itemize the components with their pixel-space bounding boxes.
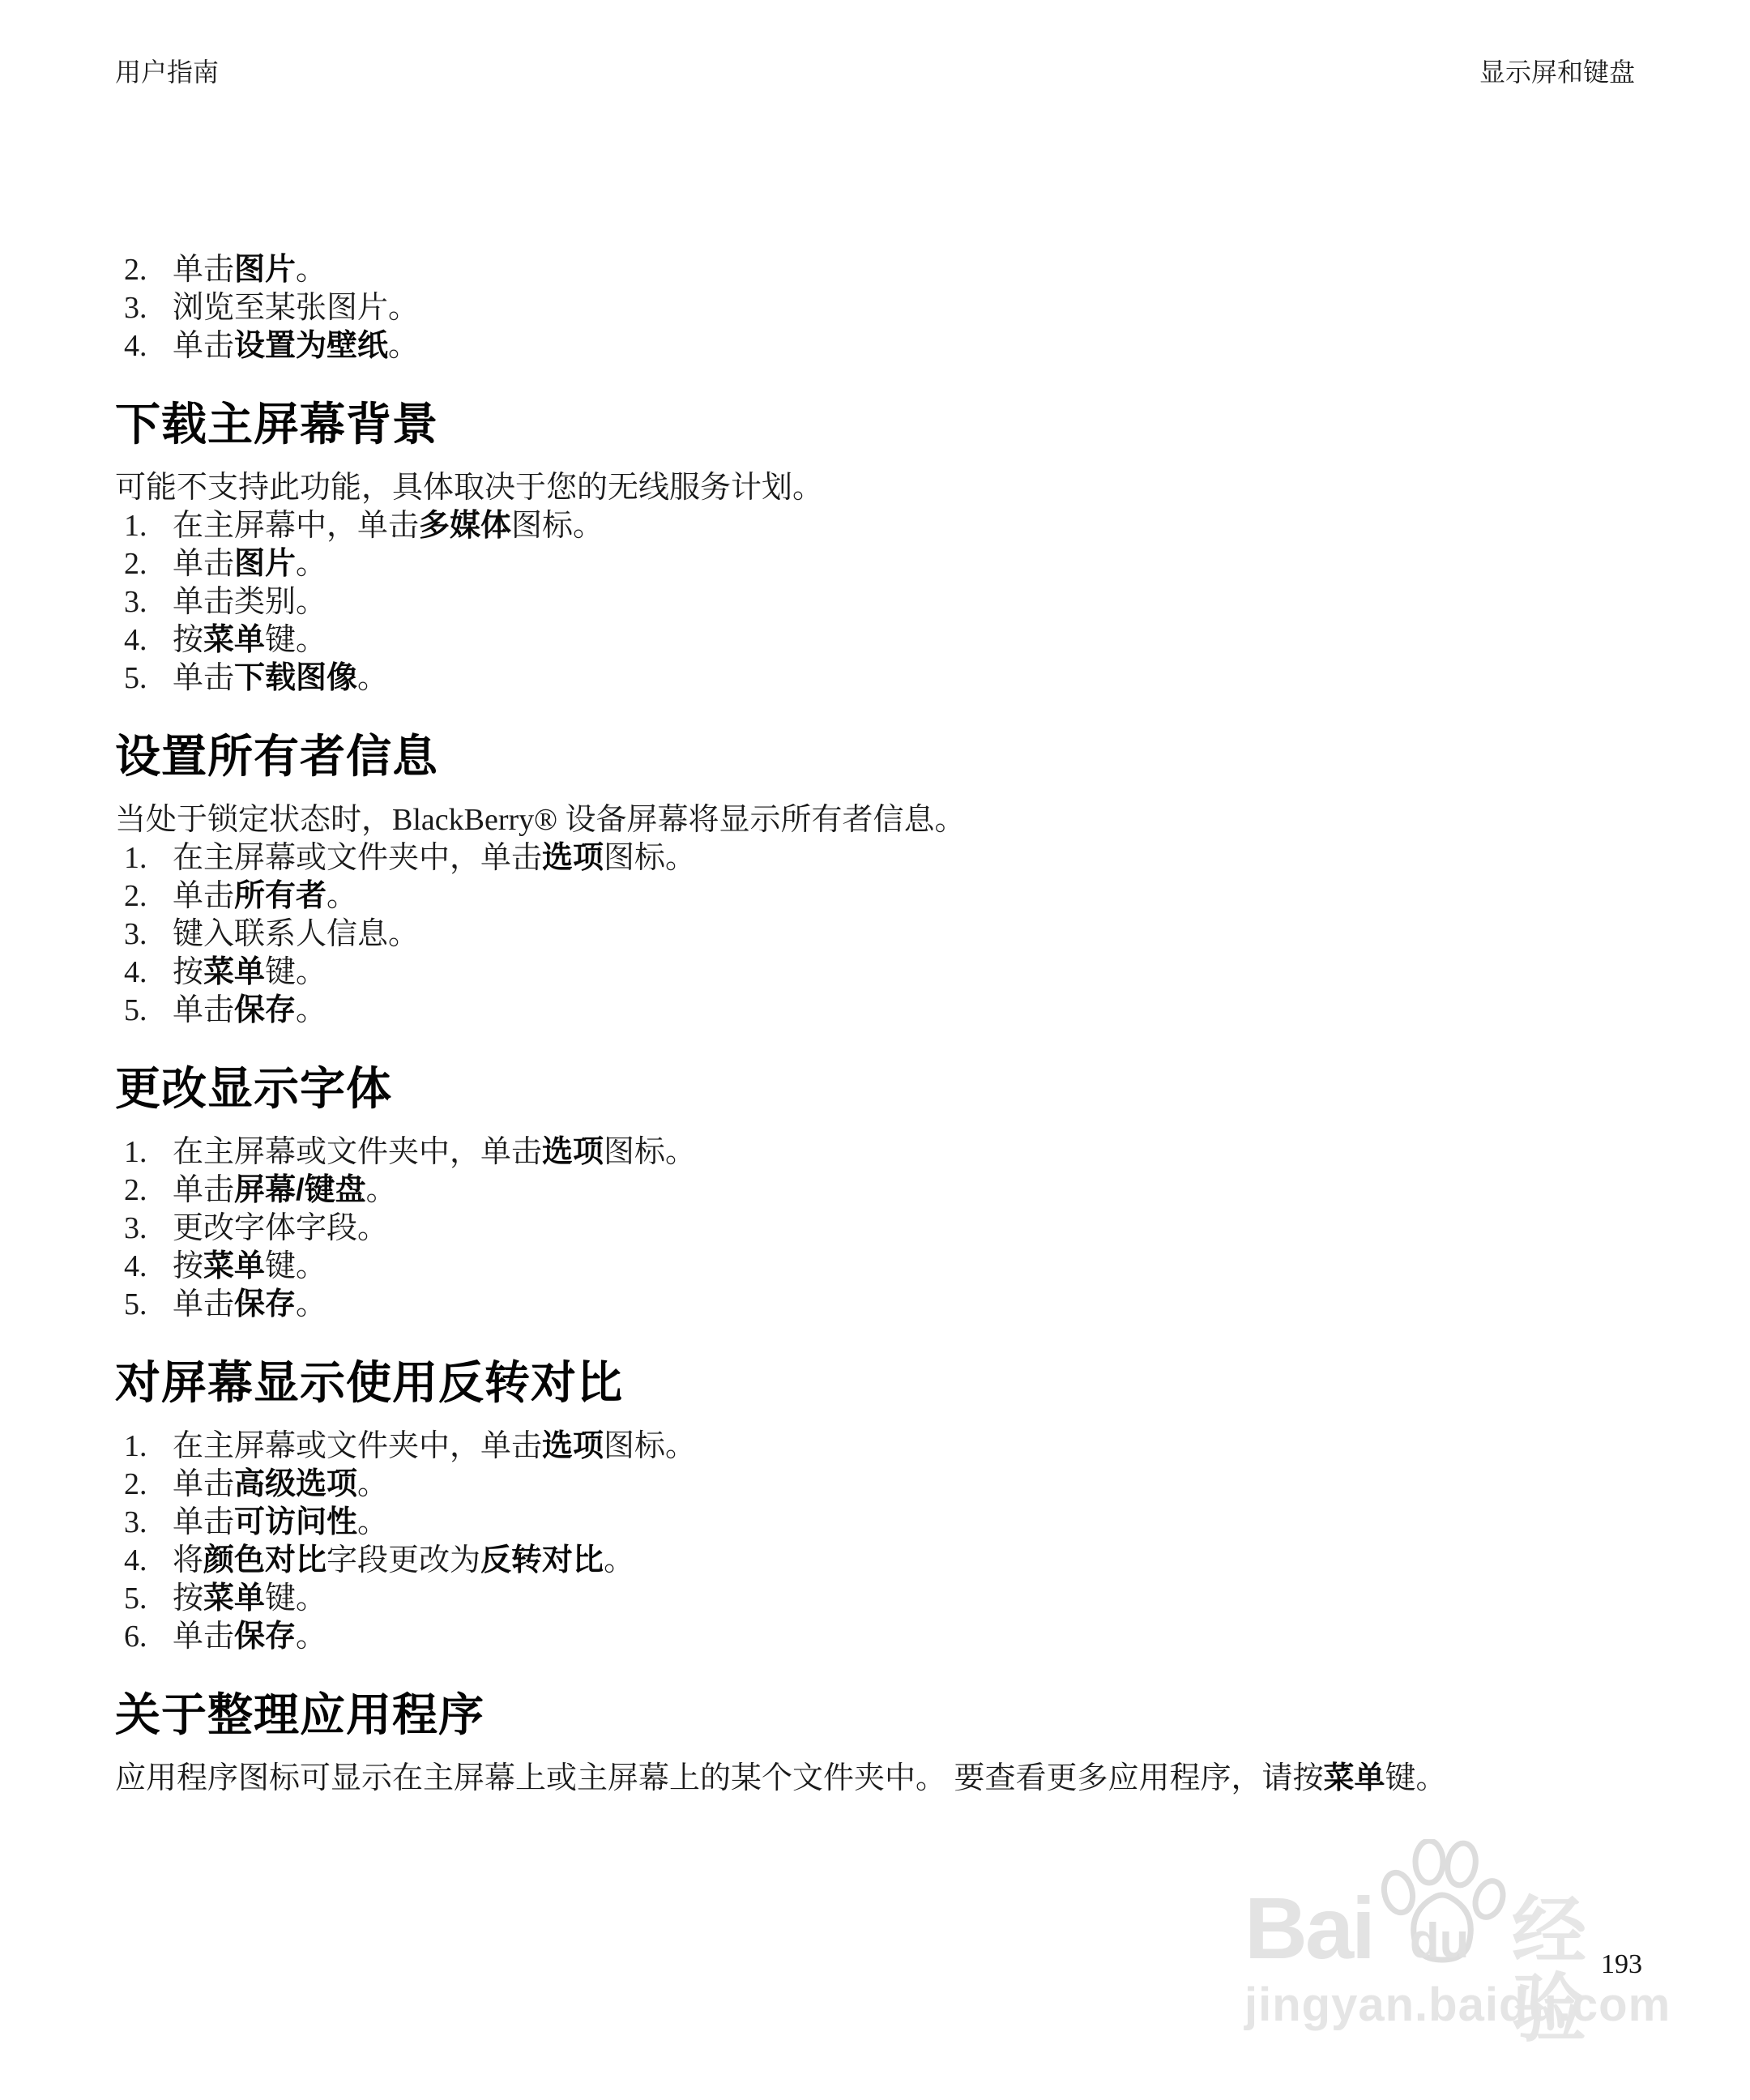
- list-item-text: 单击下载图像。: [173, 659, 1635, 698]
- baidu-logo-du: du: [1410, 1917, 1469, 1966]
- list-item-text: 按菜单键。: [173, 621, 1635, 659]
- emphasis-text: 设置为壁纸: [234, 329, 388, 363]
- list-item-number: 3.: [115, 916, 173, 954]
- list-item: 1.在主屏幕或文件夹中，单击选项图标。: [115, 1428, 1635, 1466]
- section-heading: 更改显示字体: [115, 1064, 1635, 1114]
- body-text: 按: [173, 623, 203, 657]
- list-item: 2.单击图片。: [115, 251, 1635, 289]
- list-item: 4.将颜色对比字段更改为反转对比。: [115, 1542, 1635, 1580]
- list-item-number: 3.: [115, 1210, 173, 1248]
- list-item-number: 3.: [115, 289, 173, 327]
- body-text: 单击: [173, 547, 234, 581]
- section-heading: 设置所有者信息: [115, 732, 1635, 782]
- body-text: 。: [388, 329, 419, 363]
- numbered-list: 1.在主屏幕中，单击多媒体图标。2.单击图片。3.单击类别。4.按菜单键。5.单…: [115, 507, 1635, 698]
- emphasis-text: 屏幕/键盘: [234, 1173, 366, 1207]
- list-item-text: 在主屏幕或文件夹中，单击选项图标。: [173, 1133, 1635, 1172]
- emphasis-text: 保存: [234, 1620, 296, 1654]
- body-text: 。: [357, 661, 388, 695]
- emphasis-text: 可访问性: [234, 1505, 357, 1539]
- list-item: 5.按菜单键。: [115, 1580, 1635, 1618]
- body-text: 。: [366, 1173, 397, 1207]
- list-item: 1.在主屏幕或文件夹中，单击选项图标。: [115, 839, 1635, 877]
- body-text: 应用程序图标可显示在主屏幕上或主屏幕上的某个文件夹中。 要查看更多应用程序，请按: [115, 1761, 1324, 1795]
- section-heading: 关于整理应用程序: [115, 1690, 1635, 1740]
- emphasis-text: 菜单: [203, 955, 265, 989]
- emphasis-text: 菜单: [203, 1249, 265, 1283]
- body-text: 在主屏幕中，单击: [173, 509, 419, 543]
- watermark-url: jingyan.baidu.com: [1244, 1982, 1658, 2029]
- body-text: 键。: [1385, 1761, 1447, 1795]
- list-item-text: 在主屏幕或文件夹中，单击选项图标。: [173, 1428, 1635, 1466]
- body-text: 单击: [173, 1287, 234, 1321]
- body-text: 图标。: [604, 841, 696, 875]
- list-item-text: 单击图片。: [173, 251, 1635, 289]
- list-item-number: 5.: [115, 1286, 173, 1324]
- body-text: 单击: [173, 1173, 234, 1207]
- body-text: 。: [296, 993, 327, 1027]
- body-text: 在主屏幕或文件夹中，单击: [173, 841, 542, 875]
- body-text: 单击: [173, 1505, 234, 1539]
- list-item: 5.单击下载图像。: [115, 659, 1635, 698]
- emphasis-text: 选项: [542, 1429, 604, 1463]
- body-text: 在主屏幕或文件夹中，单击: [173, 1135, 542, 1169]
- header-left-title: 用户指南: [115, 57, 219, 87]
- list-item-text: 按菜单键。: [173, 1580, 1635, 1618]
- document-page: 用户指南 显示屏和键盘 2.单击图片。3.浏览至某张图片。4.单击设置为壁纸。下…: [0, 0, 1750, 2100]
- section-heading: 对屏幕显示使用反转对比: [115, 1358, 1635, 1408]
- numbered-list: 2.单击图片。3.浏览至某张图片。4.单击设置为壁纸。: [115, 251, 1635, 365]
- body-text: 键。: [265, 623, 327, 657]
- emphasis-text: 高级选项: [234, 1467, 357, 1501]
- body-text: 图标。: [604, 1135, 696, 1169]
- list-item-number: 2.: [115, 1466, 173, 1504]
- list-item-number: 3.: [115, 1504, 173, 1542]
- paragraph: 可能不支持此功能，具体取决于您的无线服务计划。: [115, 469, 1635, 507]
- list-item-number: 5.: [115, 659, 173, 698]
- section-heading: 下载主屏幕背景: [115, 399, 1635, 450]
- body-text: 。: [296, 547, 327, 581]
- list-item-number: 6.: [115, 1618, 173, 1656]
- body-text: 更改字体字段。: [173, 1211, 388, 1245]
- list-item-number: 2.: [115, 251, 173, 289]
- emphasis-text: 菜单: [1324, 1761, 1385, 1795]
- emphasis-text: 反转对比: [480, 1543, 604, 1577]
- list-item-text: 浏览至某张图片。: [173, 289, 1635, 327]
- list-item: 2.单击屏幕/键盘。: [115, 1172, 1635, 1210]
- list-item-text: 单击屏幕/键盘。: [173, 1172, 1635, 1210]
- list-item-number: 4.: [115, 621, 173, 659]
- body-text: 当处于锁定状态时，BlackBerry® 设备屏幕将显示所有者信息。: [115, 803, 966, 837]
- numbered-list: 1.在主屏幕或文件夹中，单击选项图标。2.单击屏幕/键盘。3.更改字体字段。4.…: [115, 1133, 1635, 1324]
- numbered-list: 1.在主屏幕或文件夹中，单击选项图标。2.单击高级选项。3.单击可访问性。4.将…: [115, 1428, 1635, 1656]
- list-item-text: 在主屏幕或文件夹中，单击选项图标。: [173, 839, 1635, 877]
- emphasis-text: 菜单: [203, 623, 265, 657]
- list-item: 1.在主屏幕中，单击多媒体图标。: [115, 507, 1635, 545]
- content: 2.单击图片。3.浏览至某张图片。4.单击设置为壁纸。下载主屏幕背景可能不支持此…: [115, 251, 1635, 1798]
- emphasis-text: 图片: [234, 253, 296, 287]
- list-item: 5.单击保存。: [115, 992, 1635, 1030]
- numbered-list: 1.在主屏幕或文件夹中，单击选项图标。2.单击所有者。3.键入联系人信息。4.按…: [115, 839, 1635, 1030]
- body-text: 字段更改为: [327, 1543, 480, 1577]
- list-item: 3.键入联系人信息。: [115, 916, 1635, 954]
- list-item-number: 4.: [115, 1248, 173, 1286]
- list-item-number: 1.: [115, 1133, 173, 1172]
- list-item: 2.单击高级选项。: [115, 1466, 1635, 1504]
- body-text: 单击: [173, 1620, 234, 1654]
- body-text: 单击类别。: [173, 585, 327, 619]
- list-item-number: 1.: [115, 839, 173, 877]
- list-item-number: 3.: [115, 583, 173, 621]
- list-item: 6.单击保存。: [115, 1618, 1635, 1656]
- list-item: 4.按菜单键。: [115, 621, 1635, 659]
- list-item-number: 2.: [115, 877, 173, 916]
- list-item-number: 5.: [115, 1580, 173, 1618]
- list-item-text: 单击设置为壁纸。: [173, 327, 1635, 365]
- body-text: 图标。: [604, 1429, 696, 1463]
- list-item-text: 更改字体字段。: [173, 1210, 1635, 1248]
- list-item-text: 将颜色对比字段更改为反转对比。: [173, 1542, 1635, 1580]
- body-text: 。: [296, 253, 327, 287]
- list-item-text: 单击高级选项。: [173, 1466, 1635, 1504]
- body-text: 在主屏幕或文件夹中，单击: [173, 1429, 542, 1463]
- body-text: 按: [173, 1249, 203, 1283]
- emphasis-text: 选项: [542, 1135, 604, 1169]
- list-item-text: 单击图片。: [173, 545, 1635, 583]
- body-text: 图标。: [511, 509, 604, 543]
- list-item: 2.单击所有者。: [115, 877, 1635, 916]
- list-item-text: 单击类别。: [173, 583, 1635, 621]
- emphasis-text: 多媒体: [419, 509, 511, 543]
- list-item-number: 5.: [115, 992, 173, 1030]
- list-item-number: 2.: [115, 1172, 173, 1210]
- list-item-text: 单击保存。: [173, 1618, 1635, 1656]
- list-item: 5.单击保存。: [115, 1286, 1635, 1324]
- list-item: 4.按菜单键。: [115, 954, 1635, 992]
- body-text: 。: [604, 1543, 634, 1577]
- list-item: 3.浏览至某张图片。: [115, 289, 1635, 327]
- body-text: 键入联系人信息。: [173, 917, 419, 951]
- emphasis-text: 图片: [234, 547, 296, 581]
- body-text: 单击: [173, 879, 234, 913]
- list-item-text: 键入联系人信息。: [173, 916, 1635, 954]
- list-item: 3.单击可访问性。: [115, 1504, 1635, 1542]
- page-header: 用户指南 显示屏和键盘: [115, 57, 1635, 87]
- emphasis-text: 菜单: [203, 1581, 265, 1616]
- paragraph: 当处于锁定状态时，BlackBerry® 设备屏幕将显示所有者信息。: [115, 801, 1635, 839]
- emphasis-text: 保存: [234, 1287, 296, 1321]
- emphasis-text: 所有者: [234, 879, 327, 913]
- body-text: 单击: [173, 993, 234, 1027]
- baidu-watermark: Bai du 经验 jingyan.baidu.com: [1244, 1839, 1650, 2034]
- body-text: 。: [357, 1467, 388, 1501]
- body-text: 键。: [265, 955, 327, 989]
- list-item-number: 4.: [115, 954, 173, 992]
- list-item: 4.按菜单键。: [115, 1248, 1635, 1286]
- list-item-text: 单击保存。: [173, 1286, 1635, 1324]
- baidu-paw-icon: [1374, 1839, 1510, 1964]
- list-item: 2.单击图片。: [115, 545, 1635, 583]
- list-item-text: 单击可访问性。: [173, 1504, 1635, 1542]
- list-item: 3.更改字体字段。: [115, 1210, 1635, 1248]
- list-item-text: 单击所有者。: [173, 877, 1635, 916]
- emphasis-text: 保存: [234, 993, 296, 1027]
- body-text: 将: [173, 1543, 203, 1577]
- list-item: 3.单击类别。: [115, 583, 1635, 621]
- body-text: 单击: [173, 329, 234, 363]
- body-text: 可能不支持此功能，具体取决于您的无线服务计划。: [115, 471, 823, 505]
- list-item-text: 在主屏幕中，单击多媒体图标。: [173, 507, 1635, 545]
- body-text: 单击: [173, 253, 234, 287]
- body-text: 。: [296, 1287, 327, 1321]
- body-text: 。: [357, 1505, 388, 1539]
- list-item-number: 1.: [115, 1428, 173, 1466]
- body-text: 。: [327, 879, 357, 913]
- body-text: 。: [296, 1620, 327, 1654]
- body-text: 键。: [265, 1581, 327, 1616]
- body-text: 单击: [173, 1467, 234, 1501]
- body-text: 按: [173, 955, 203, 989]
- list-item-text: 单击保存。: [173, 992, 1635, 1030]
- emphasis-text: 颜色对比: [203, 1543, 327, 1577]
- list-item-number: 4.: [115, 327, 173, 365]
- list-item-text: 按菜单键。: [173, 954, 1635, 992]
- body-text: 键。: [265, 1249, 327, 1283]
- header-right-chapter: 显示屏和键盘: [1479, 57, 1635, 87]
- list-item-number: 1.: [115, 507, 173, 545]
- baidu-logo-bai: Bai: [1244, 1886, 1373, 1970]
- paragraph: 应用程序图标可显示在主屏幕上或主屏幕上的某个文件夹中。 要查看更多应用程序，请按…: [115, 1760, 1635, 1798]
- body-text: 单击: [173, 661, 234, 695]
- list-item-number: 2.: [115, 545, 173, 583]
- list-item-number: 4.: [115, 1542, 173, 1580]
- body-text: 按: [173, 1581, 203, 1616]
- emphasis-text: 选项: [542, 841, 604, 875]
- body-text: 浏览至某张图片。: [173, 291, 419, 325]
- emphasis-text: 下载图像: [234, 661, 357, 695]
- list-item-text: 按菜单键。: [173, 1248, 1635, 1286]
- page-number: 193: [1601, 1949, 1642, 1980]
- list-item: 4.单击设置为壁纸。: [115, 327, 1635, 365]
- list-item: 1.在主屏幕或文件夹中，单击选项图标。: [115, 1133, 1635, 1172]
